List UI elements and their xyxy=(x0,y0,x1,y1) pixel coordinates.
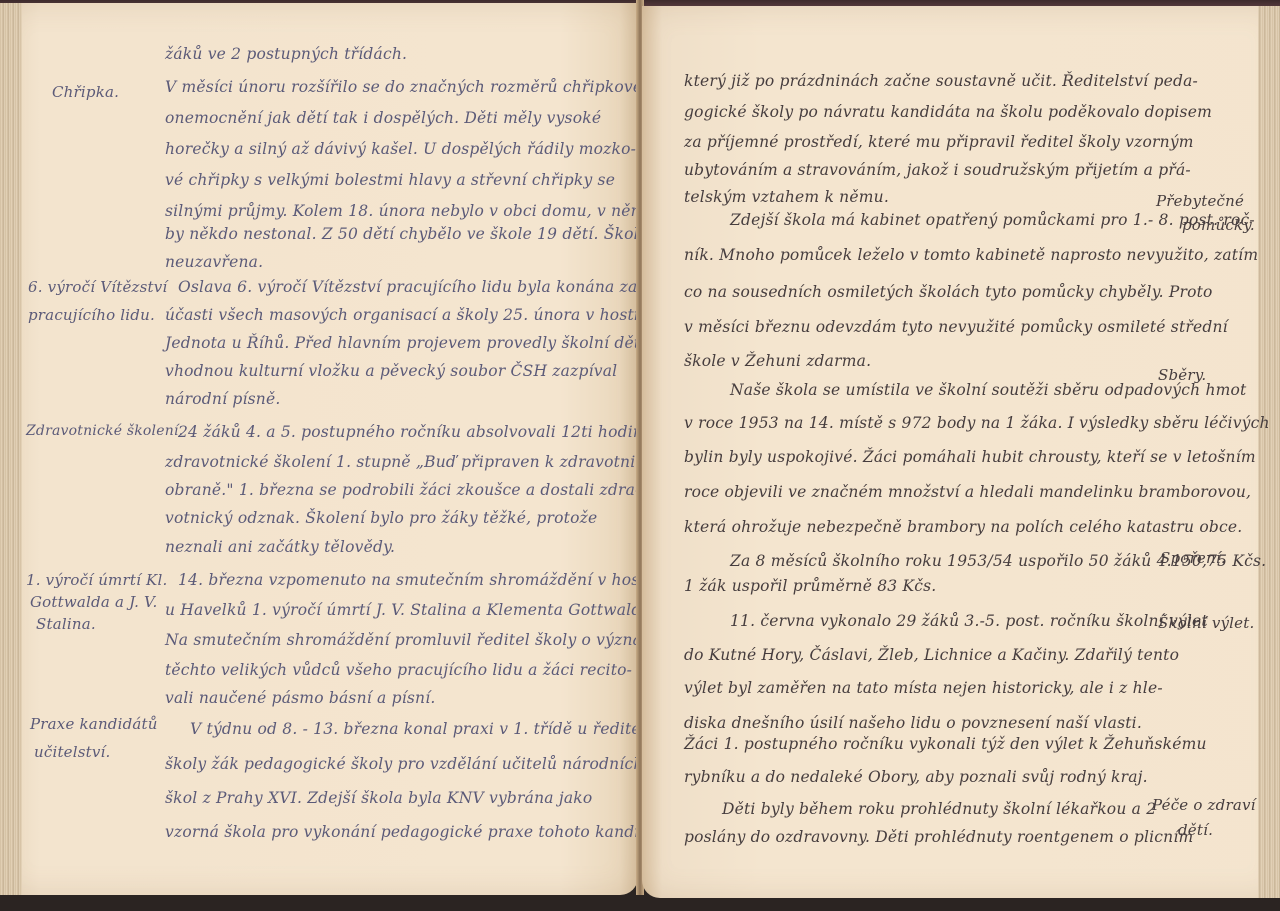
page-edges-left xyxy=(0,3,22,895)
margin-note-vyroci-vitezstvi-2: pracujícího lidu. xyxy=(28,306,155,324)
margin-note-zdravotnicke-skoleni: Zdravotnické školení. xyxy=(26,423,183,439)
text-line: Na smutečním shromáždění promluvil ředit… xyxy=(165,631,667,649)
text-line: rybníku a do nedaleké Obory, aby poznali… xyxy=(684,768,1148,786)
text-line: 24 žáků 4. a 5. postupného ročníku absol… xyxy=(178,423,671,441)
text-line: škol z Prahy XVI. Zdejší škola byla KNV … xyxy=(165,789,592,807)
text-line: gogické školy po návratu kandidáta na šk… xyxy=(684,103,1212,121)
text-line: který již po prázdninách začne soustavně… xyxy=(684,72,1198,90)
margin-note-vyroci-umrti-3: Stalina. xyxy=(36,615,96,633)
text-line: vé chřipky s velkými bolestmi hlavy a st… xyxy=(165,171,615,189)
text-line: V týdnu od 8. - 13. března konal praxi v… xyxy=(190,720,655,738)
text-line: žáků ve 2 postupných třídách. xyxy=(165,45,407,63)
text-line: onemocnění jak dětí tak i dospělých. Dět… xyxy=(165,109,601,127)
text-line: Oslava 6. výročí Vítězství pracujícího l… xyxy=(178,278,637,296)
open-notebook: Chřipka. 6. výročí Vítězství pracujícího… xyxy=(0,0,1280,911)
text-line: roce objevili ve značném množství a hled… xyxy=(684,483,1251,501)
text-line: telským vztahem k němu. xyxy=(684,188,889,206)
text-line: národní písně. xyxy=(165,390,280,408)
margin-note-praxe-kandidatu-2: učitelství. xyxy=(34,743,111,761)
text-line: silnými průjmy. Kolem 18. února nebylo v… xyxy=(165,202,654,220)
text-line: zdravotnické školení 1. stupně „Buď přip… xyxy=(165,453,663,471)
margin-note-pece-o-zdravi-1: Péče o zdraví xyxy=(1152,796,1256,814)
left-page: Chřipka. 6. výročí Vítězství pracujícího… xyxy=(0,3,638,895)
text-line: těchto velikých vůdců všeho pracujícího … xyxy=(165,661,632,679)
text-line: do Kutné Hory, Čáslavi, Žleb, Lichnice a… xyxy=(684,646,1179,664)
text-line: horečky a silný až dávivý kašel. U dospě… xyxy=(165,140,636,158)
text-line: výlet byl zaměřen na tato místa nejen hi… xyxy=(684,679,1163,697)
right-page: Přebytečné pomůcky. Sběry. Spoření. Škol… xyxy=(642,6,1280,898)
text-line: účasti všech masových organisací a školy… xyxy=(165,306,663,324)
page-edges-right xyxy=(1258,6,1280,898)
text-line: u Havelků 1. výročí úmrtí J. V. Stalina … xyxy=(165,601,656,619)
text-line: co na sousedních osmiletých školách tyto… xyxy=(684,283,1213,301)
margin-note-chripka: Chřipka. xyxy=(52,83,119,101)
text-line: ník. Mnoho pomůcek leželo v tomto kabine… xyxy=(684,246,1258,264)
text-line: poslány do ozdravovny. Děti prohlédnuty … xyxy=(684,828,1193,846)
margin-note-vyroci-umrti-1: 1. výročí úmrtí Kl. xyxy=(26,571,167,589)
text-line: Za 8 měsíců školního roku 1953/54 uspoři… xyxy=(730,552,1266,570)
text-line: vali naučené pásmo básní a písní. xyxy=(165,689,436,707)
text-line: která ohrožuje nebezpečně brambory na po… xyxy=(684,518,1242,536)
margin-note-vyroci-vitezstvi-1: 6. výročí Vítězství xyxy=(28,278,167,296)
text-line: za příjemné prostředí, které mu připravi… xyxy=(684,133,1194,151)
margin-note-praxe-kandidatu-1: Praxe kandidátů xyxy=(30,715,158,733)
text-line: v roce 1953 na 14. místě s 972 body na 1… xyxy=(684,414,1270,432)
text-line: ubytováním a stravováním, jakož i soudru… xyxy=(684,161,1191,179)
text-line: 1 žák uspořil průměrně 83 Kčs. xyxy=(684,577,936,595)
text-line: škole v Žehuni zdarma. xyxy=(684,352,871,370)
text-line: by někdo nestonal. Z 50 dětí chybělo ve … xyxy=(165,225,648,243)
text-line: v měsíci březnu odevzdám tyto nevyužité … xyxy=(684,318,1228,336)
text-line: Jednota u Říhů. Před hlavním projevem pr… xyxy=(165,334,645,352)
text-line: bylin byly uspokojivé. Žáci pomáhali hub… xyxy=(684,448,1256,466)
text-line: diska dnešního úsilí našeho lidu o povzn… xyxy=(684,714,1142,732)
text-line: V měsíci únoru rozšířilo se do značných … xyxy=(165,78,642,96)
margin-note-vyroci-umrti-2: Gottwalda a J. V. xyxy=(30,593,157,611)
margin-note-prebytecne-pomucky-1: Přebytečné xyxy=(1156,192,1244,210)
text-line: neuzavřena. xyxy=(165,253,263,271)
text-line: obraně." 1. března se podrobili žáci zko… xyxy=(165,481,641,499)
text-line: neznali ani začátky tělovědy. xyxy=(165,538,395,556)
text-line: 11. června vykonalo 29 žáků 3.-5. post. … xyxy=(730,612,1208,630)
text-line: Žáci 1. postupného ročníku vykonali týž … xyxy=(684,735,1207,753)
text-line: Naše škola se umístila ve školní soutěži… xyxy=(730,381,1246,399)
text-line: školy žák pedagogické školy pro vzdělání… xyxy=(165,755,644,773)
text-line: Zdejší škola má kabinet opatřený pomůcka… xyxy=(730,211,1255,229)
text-line: votnický odznak. Školení bylo pro žáky t… xyxy=(165,509,597,527)
text-line: vzorná škola pro vykonání pedagogické pr… xyxy=(165,823,680,841)
text-line: vhodnou kulturní vložku a pěvecký soubor… xyxy=(165,362,617,380)
text-line: 14. března vzpomenuto na smutečním shrom… xyxy=(178,571,675,589)
text-line: Děti byly během roku prohlédnuty školní … xyxy=(722,800,1156,818)
